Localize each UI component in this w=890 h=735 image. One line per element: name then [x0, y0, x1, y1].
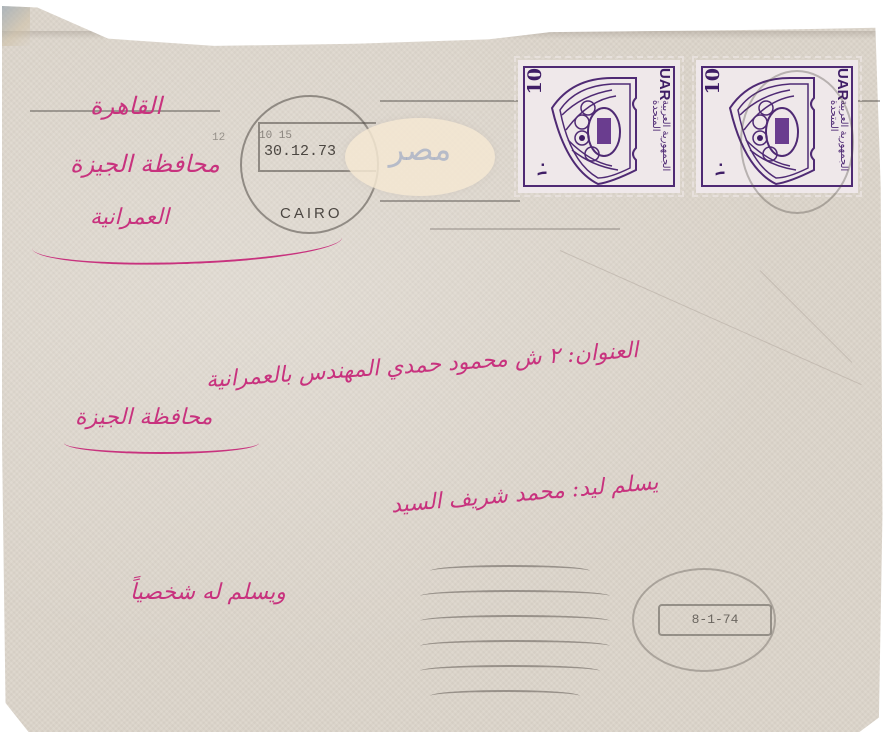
- wavy-cancel-line: [420, 615, 610, 627]
- cancel-line: [430, 228, 620, 230]
- handwriting-address-governorate: محافظة الجيزة: [75, 405, 212, 430]
- envelope-flap-edge: [2, 31, 886, 39]
- stamp-country: UAR: [657, 68, 672, 101]
- wavy-cancel-line: [420, 665, 600, 677]
- stamp-cancel-circle: [740, 70, 854, 214]
- postmark-time: 10 15: [259, 130, 292, 142]
- postmark-date: 30.12.73: [264, 143, 336, 160]
- handwriting-city: القاهرة: [90, 92, 162, 120]
- torn-corner: [2, 6, 30, 46]
- postmark-city: CAIRO: [280, 205, 343, 222]
- wavy-cancel-line: [420, 590, 610, 602]
- wavy-cancel-line: [430, 690, 580, 702]
- wavy-cancel-line: [420, 640, 610, 652]
- shield-emblem-icon: [542, 70, 654, 185]
- postage-stamp: 10 UAR الجمهورية العربية المتحدة ١٠: [518, 60, 680, 193]
- slogan-cancel-text: مصر: [365, 130, 475, 168]
- handwriting-closing: ويسلم له شخصياً: [130, 580, 286, 605]
- cancel-line: [380, 100, 520, 102]
- cancel-line: [380, 200, 520, 202]
- handwriting-underline: [64, 432, 259, 454]
- postmark-partial: 12: [212, 132, 225, 144]
- handwriting-governorate: محافظة الجيزة: [70, 150, 220, 178]
- receiving-postmark-date: 8-1-74: [658, 604, 772, 636]
- wavy-cancel-line: [430, 565, 590, 577]
